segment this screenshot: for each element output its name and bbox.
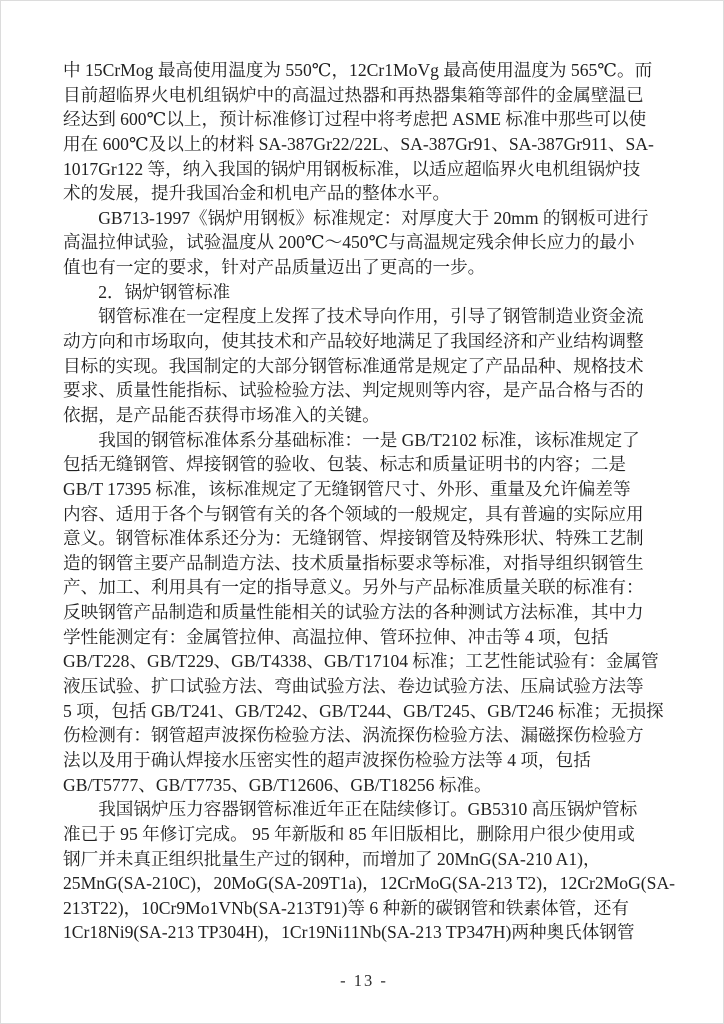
text-line: GB/T5777、GB/T7735、GB/T12606、GB/T18256 标准… <box>63 773 665 798</box>
document-text-block: 中 15CrMog 最高使用温度为 550℃，12Cr1MoVg 最高使用温度为… <box>63 58 665 945</box>
section-heading: 2．锅炉钢管标准 <box>63 280 665 305</box>
text-line: 动方向和市场取向，使其技术和产品较好地满足了我国经济和产业结构调整 <box>63 329 665 354</box>
text-line: 学性能测定有：金属管拉伸、高温拉伸、管环拉伸、冲击等 4 项，包括 <box>63 625 665 650</box>
text-line: 术的发展，提升我国冶金和机电产品的整体水平。 <box>63 181 665 206</box>
text-line: 中 15CrMog 最高使用温度为 550℃，12Cr1MoVg 最高使用温度为… <box>63 58 665 83</box>
text-line: GB713-1997《锅炉用钢板》标准规定：对厚度大于 20mm 的钢板可进行 <box>63 206 665 231</box>
text-line: 钢管标准在一定程度上发挥了技术导向作用，引导了钢管制造业资金流 <box>63 304 665 329</box>
text-line: 1017Gr122 等，纳入我国的锅炉用钢板标准，以适应超临界火电机组锅炉技 <box>63 157 665 182</box>
text-line: GB/T 17395 标准，该标准规定了无缝钢管尺寸、外形、重量及允许偏差等 <box>63 477 665 502</box>
text-line: 1Cr18Ni9(SA-213 TP304H)，1Cr19Ni11Nb(SA-2… <box>63 920 665 945</box>
text-line: 液压试验、扩口试验方法、弯曲试验方法、卷边试验方法、压扁试验方法等 <box>63 674 665 699</box>
text-line: 目标的实现。我国制定的大部分钢管标准通常是规定了产品品种、规格技术 <box>63 354 665 379</box>
text-line: 准已于 95 年修订完成。 95 年新版和 85 年旧版相比，删除用户很少使用或 <box>63 822 665 847</box>
text-line: 内容、适用于各个与钢管有关的各个领域的一般规定，具有普遍的实际应用 <box>63 502 665 527</box>
text-line: 包括无缝钢管、焊接钢管的验收、包装、标志和质量证明书的内容；二是 <box>63 452 665 477</box>
text-line: 反映钢管产品制造和质量性能相关的试验方法的各种测试方法标准，其中力 <box>63 600 665 625</box>
text-line: 钢厂并未真正组织批量生产过的钢种，而增加了 20MnG(SA-210 A1)， <box>63 847 665 872</box>
text-line: 伤检测有：钢管超声波探伤检验方法、涡流探伤检验方法、漏磁探伤检验方 <box>63 723 665 748</box>
text-line: 值也有一定的要求，针对产品质量迈出了更高的一步。 <box>63 255 665 280</box>
text-line: 经达到 600℃以上，预计标准修订过程中将考虑把 ASME 标准中那些可以使 <box>63 107 665 132</box>
text-line: 25MnG(SA-210C)，20MoG(SA-209T1a)，12CrMoG(… <box>63 871 665 896</box>
text-line: 213T22)，10Cr9Mo1VNb(SA-213T91)等 6 种新的碳钢管… <box>63 896 665 921</box>
text-line: 5 项，包括 GB/T241、GB/T242、GB/T244、GB/T245、G… <box>63 699 665 724</box>
page-number: - 13 - <box>63 971 665 991</box>
document-page: 中 15CrMog 最高使用温度为 550℃，12Cr1MoVg 最高使用温度为… <box>0 0 724 1024</box>
text-line: 目前超临界火电机组锅炉中的高温过热器和再热器集箱等部件的金属壁温已 <box>63 83 665 108</box>
text-line: 意义。钢管标准体系还分为：无缝钢管、焊接钢管及特殊形状、特殊工艺制 <box>63 526 665 551</box>
text-line: 我国的钢管标准体系分基础标准：一是 GB/T2102 标准，该标准规定了 <box>63 428 665 453</box>
text-line: 产、加工、利用具有一定的指导意义。另外与产品标准质量关联的标准有： <box>63 575 665 600</box>
text-line: 我国锅炉压力容器钢管标准近年正在陆续修订。GB5310 高压锅炉管标 <box>63 797 665 822</box>
text-line: 高温拉伸试验，试验温度从 200℃～450℃与高温规定残余伸长应力的最小 <box>63 230 665 255</box>
text-line: GB/T228、GB/T229、GB/T4338、GB/T17104 标准；工艺… <box>63 649 665 674</box>
text-line: 用在 600℃及以上的材料 SA-387Gr22/22L、SA-387Gr91、… <box>63 132 665 157</box>
text-line: 造的钢管主要产品制造方法、技术质量指标要求等标准，对指导组织钢管生 <box>63 551 665 576</box>
text-line: 要求、质量性能指标、试验检验方法、判定规则等内容，是产品合格与否的 <box>63 378 665 403</box>
text-line: 法以及用于确认焊接水压密实性的超声波探伤检验方法等 4 项，包括 <box>63 748 665 773</box>
text-line: 依据，是产品能否获得市场准入的关键。 <box>63 403 665 428</box>
